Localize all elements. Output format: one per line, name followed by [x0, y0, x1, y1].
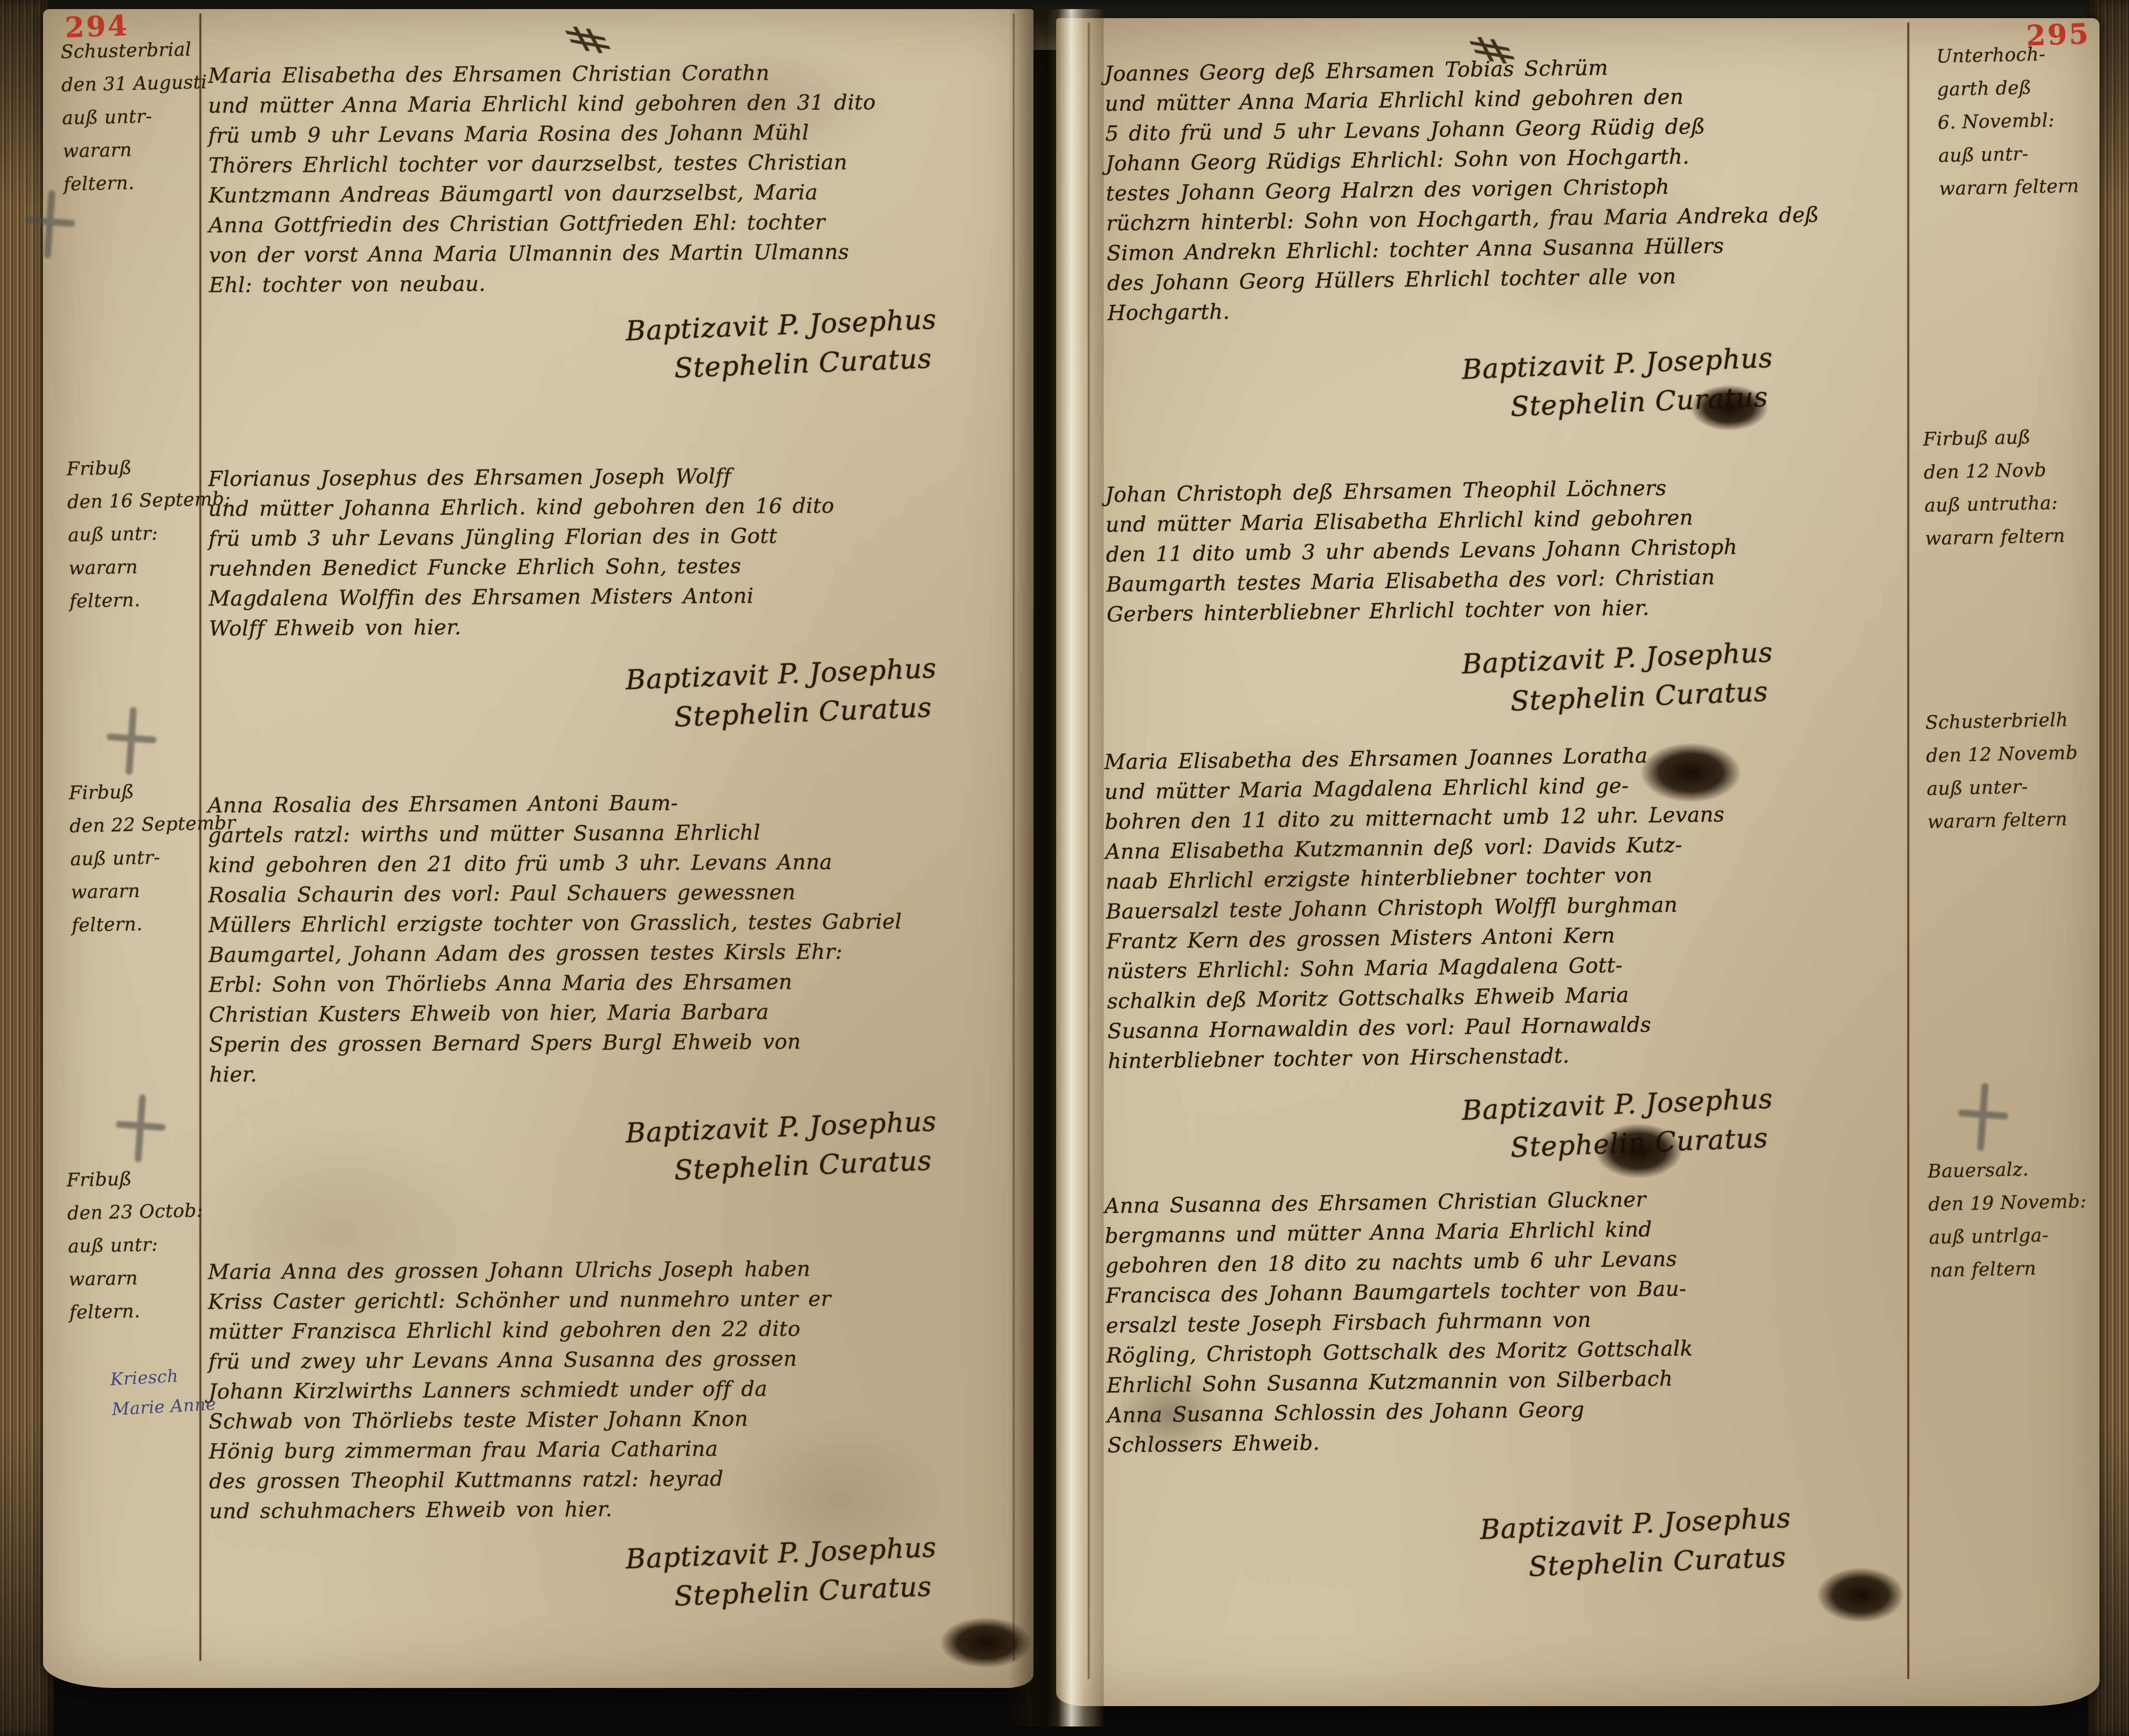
- register-entry: Johan Christoph deß Ehrsamen Theophil Lö…: [1105, 472, 1738, 629]
- text-line: den 19 Novemb:: [1928, 1185, 2087, 1221]
- text-line: Magdalena Wolffin des Ehrsamen Misters A…: [209, 580, 835, 613]
- text-line: wararn feltern: [1927, 802, 2080, 838]
- text-line: 6. Novembl:: [1937, 103, 2078, 139]
- text-line: und mütter Johanna Ehrlich. kind gebohre…: [208, 490, 834, 523]
- text-line: Thörers Ehrlichl tochter vor daurzselbst…: [209, 147, 876, 180]
- ink-blot: [1596, 1124, 1682, 1178]
- ink-hash-mark: #: [550, 24, 625, 56]
- text-line: Florianus Josephus des Ehrsamen Joseph W…: [208, 460, 834, 493]
- priest-signature: Baptizavit P. JosephusStephelin Curatus: [1354, 629, 1882, 727]
- text-line: Erbl: Sohn von Thörliebs Anna Maria des …: [209, 966, 902, 1000]
- pencil-cross-icon: [104, 705, 159, 776]
- text-line: Johann Kirzlwirths Lanners schmiedt unde…: [209, 1373, 832, 1406]
- text-line: Hönig burg zimmerman frau Maria Catharin…: [209, 1433, 832, 1466]
- text-line: gartels ratzl: wirths und mütter Susanna…: [208, 817, 902, 850]
- right-page: 295 # Unterhoch-garth deß6. Novembl:auß …: [1056, 18, 2100, 1706]
- text-line: Schusterbrial: [60, 33, 207, 69]
- margin-note: Schusterbrielhden 12 Novembauß unter-war…: [1925, 703, 2080, 839]
- priest-signature: Baptizavit P. JosephusStephelin Curatus: [518, 1098, 1033, 1196]
- pencil-cross-icon: [23, 189, 77, 260]
- text-line: Christian Kusters Ehweib von hier, Maria…: [209, 996, 902, 1030]
- text-line: wararn: [68, 548, 233, 585]
- text-line: Marie Anne: [111, 1389, 217, 1424]
- margin-rule-line: [1088, 23, 1090, 1679]
- text-line: ruehnden Benedict Funcke Ehrlich Sohn, t…: [209, 550, 835, 583]
- text-line: auß untrlga-: [1929, 1218, 2088, 1254]
- text-line: Wolff Ehweib von hier.: [209, 610, 835, 643]
- text-line: wararn feltern: [1939, 169, 2079, 205]
- text-line: Bauersalz.: [1927, 1151, 2086, 1188]
- text-line: feltern.: [69, 1293, 205, 1329]
- text-line: auß untr:: [68, 515, 232, 552]
- text-line: Unterhoch-: [1936, 37, 2076, 73]
- text-line: Fribuß: [66, 1161, 203, 1197]
- register-entry: Maria Elisabetha des Ehrsamen Christian …: [208, 57, 877, 300]
- text-line: Baumgartel, Johann Adam des grossen test…: [209, 936, 902, 970]
- text-line: Ehl: tochter von neubau.: [209, 266, 877, 300]
- left-page: 294 # Schusterbrialden 31 Augustiauß unt…: [43, 9, 1033, 1688]
- text-line: auß untr-: [62, 99, 208, 135]
- text-line: frü umb 9 uhr Levans Maria Rosina des Jo…: [208, 117, 876, 150]
- text-line: des grossen Theophil Kuttmanns ratzl: he…: [209, 1463, 832, 1496]
- text-line: Sperin des grossen Bernard Spers Burgl E…: [209, 1026, 902, 1059]
- text-line: wararn: [68, 1260, 205, 1296]
- text-line: den 16 Septemb:: [67, 482, 231, 519]
- priest-signature: Baptizavit P. JosephusStephelin Curatus: [518, 1524, 1033, 1622]
- text-line: Rosalia Schaurin des vorl: Paul Schauers…: [208, 876, 902, 910]
- text-line: Kriss Caster gerichtl: Schönher und nunm…: [208, 1283, 831, 1316]
- margin-note: Schusterbrialden 31 Augustiauß untr-wara…: [60, 33, 209, 201]
- text-line: Kuntzmann Andreas Bäumgartl von daurzsel…: [209, 177, 876, 210]
- margin-note: Firbuß außden 12 Novbauß untrutha:wararn…: [1923, 420, 2066, 555]
- register-entry: Florianus Josephus des Ehrsamen Joseph W…: [208, 460, 835, 643]
- margin-note: Fribußden 23 Octob:auß untr:wararnfelter…: [66, 1161, 205, 1329]
- text-line: garth deß: [1937, 70, 2077, 106]
- margin-note: Bauersalz.den 19 Novemb:auß untrlga-nan …: [1927, 1151, 2088, 1287]
- text-line: von der vorst Anna Maria Ulmannin des Ma…: [209, 237, 877, 270]
- text-line: Maria Anna des grossen Johann Ulrichs Jo…: [208, 1253, 831, 1286]
- register-entry: Maria Anna des grossen Johann Ulrichs Jo…: [208, 1253, 832, 1526]
- text-line: Kriesch: [110, 1359, 215, 1394]
- priest-signature: Baptizavit P. JosephusStephelin Curatus: [518, 645, 1033, 743]
- text-line: mütter Franzisca Ehrlichl kind gebohren …: [208, 1313, 831, 1346]
- text-line: Firbuß auß: [1923, 420, 2063, 456]
- text-line: Schwab von Thörliebs teste Mister Johann…: [209, 1403, 832, 1436]
- book-scan: 294 # Schusterbrialden 31 Augustiauß unt…: [0, 0, 2129, 1736]
- ink-blot: [1691, 385, 1768, 430]
- text-line: und schuhmachers Ehweib von hier.: [209, 1493, 832, 1526]
- pencil-cross-icon: [1956, 1081, 2010, 1152]
- text-line: Schusterbrielh: [1925, 703, 2077, 740]
- text-line: frü und zwey uhr Levans Anna Susanna des…: [208, 1343, 831, 1376]
- priest-signature: Baptizavit P. JosephusStephelin Curatus: [518, 296, 1033, 394]
- text-line: kind gebohren den 21 dito frü umb 3 uhr.…: [208, 846, 902, 880]
- text-line: wararn: [63, 132, 209, 168]
- text-line: den 12 Novb: [1924, 453, 2064, 489]
- archivist-note: KrieschMarie Anne: [110, 1359, 217, 1424]
- text-line: wararn feltern: [1925, 519, 2066, 555]
- register-entry: Joannes Georg deß Ehrsamen Tobias Schrüm…: [1104, 50, 1820, 328]
- text-line: den 31 Augusti: [61, 66, 208, 102]
- text-line: den 23 Octob:: [67, 1194, 204, 1230]
- text-line: den 12 Novemb: [1926, 736, 2078, 773]
- margin-note: Unterhoch-garth deß6. Novembl:auß untr-w…: [1936, 37, 2079, 205]
- page-edge-rule-line: [1013, 14, 1014, 1661]
- priest-signature: Baptizavit P. JosephusStephelin Curatus: [1354, 334, 1882, 432]
- text-line: und mütter Anna Maria Ehrlichl kind gebo…: [208, 87, 876, 121]
- text-line: Anna Gottfriedin des Christian Gottfried…: [209, 207, 876, 240]
- text-line: hier.: [209, 1056, 902, 1089]
- text-line: Maria Elisabetha des Ehrsamen Christian …: [208, 57, 876, 91]
- text-line: feltern.: [63, 165, 209, 201]
- pencil-cross-icon: [113, 1093, 168, 1164]
- text-line: Fribuß: [66, 449, 230, 486]
- register-entry: Anna Susanna des Ehrsamen Christian Gluc…: [1104, 1184, 1694, 1460]
- register-entry: Anna Rosalia des Ehrsamen Antoni Baum-ga…: [208, 787, 902, 1089]
- text-line: auß unter-: [1926, 769, 2079, 805]
- text-line: auß untrutha:: [1924, 486, 2065, 522]
- priest-signature: Baptizavit P. JosephusStephelin Curatus: [1372, 1494, 1901, 1592]
- text-line: Müllers Ehrlichl erzigste tochter von Gr…: [209, 906, 902, 940]
- margin-rule-line: [1907, 23, 1909, 1679]
- text-line: auß untr:: [68, 1227, 204, 1263]
- ink-blot: [941, 1618, 1031, 1668]
- text-line: Anna Rosalia des Ehrsamen Antoni Baum-: [208, 787, 901, 820]
- register-entry: Maria Elisabetha des Ehrsamen Joannes Lo…: [1104, 740, 1728, 1076]
- text-line: nan feltern: [1930, 1251, 2089, 1287]
- text-line: frü umb 3 uhr Levans Jüngling Florian de…: [209, 520, 835, 553]
- ink-blot: [1818, 1568, 1904, 1622]
- ink-blot: [1641, 743, 1741, 802]
- text-line: auß untr-: [1938, 136, 2079, 172]
